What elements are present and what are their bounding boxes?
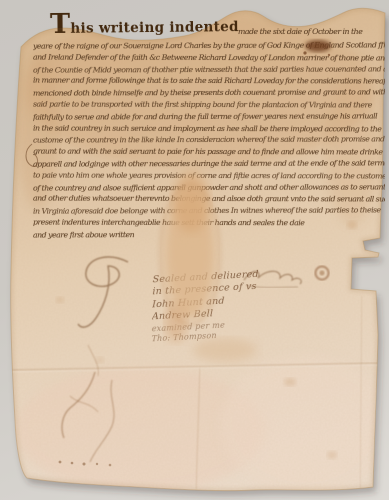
witness-signature-block: Sealed and deliuered in the presence of … bbox=[151, 265, 322, 345]
manuscript-line: and Ireland Defender of the faith &c Bet… bbox=[33, 52, 385, 65]
photograph-of-manuscript: This writeing indented made the sixt dai… bbox=[0, 0, 389, 500]
manuscript-line: and yeare first aboue written bbox=[33, 229, 322, 242]
manuscript-line: present indentures interchangeablie haue… bbox=[33, 218, 371, 231]
manuscript-body: yeare of the raigne of our Soueraigne Lo… bbox=[33, 41, 385, 242]
manuscript-line: to paie vnto him one whole yeares provis… bbox=[33, 170, 385, 183]
engrossed-heading: This writeing indented bbox=[50, 13, 250, 37]
manuscript-line: in Virginia aforesaid doe belonge with c… bbox=[33, 206, 385, 219]
manuscript-line: said partie to be transported with the f… bbox=[33, 100, 385, 113]
manuscript-line: graunt to and with the said seruant to p… bbox=[33, 147, 385, 160]
manuscript-line: made the sixt daie of October in the bbox=[238, 27, 386, 39]
manuscript-line: yeare of the raigne of our Soueraigne Lo… bbox=[33, 40, 385, 53]
manuscript-line: apparell and lodginge with other necessa… bbox=[33, 158, 385, 171]
manuscript-line: mencioned doth binde himselfe and by the… bbox=[33, 88, 385, 101]
manuscript-line: faithfully to serue and abide for and du… bbox=[33, 111, 385, 124]
